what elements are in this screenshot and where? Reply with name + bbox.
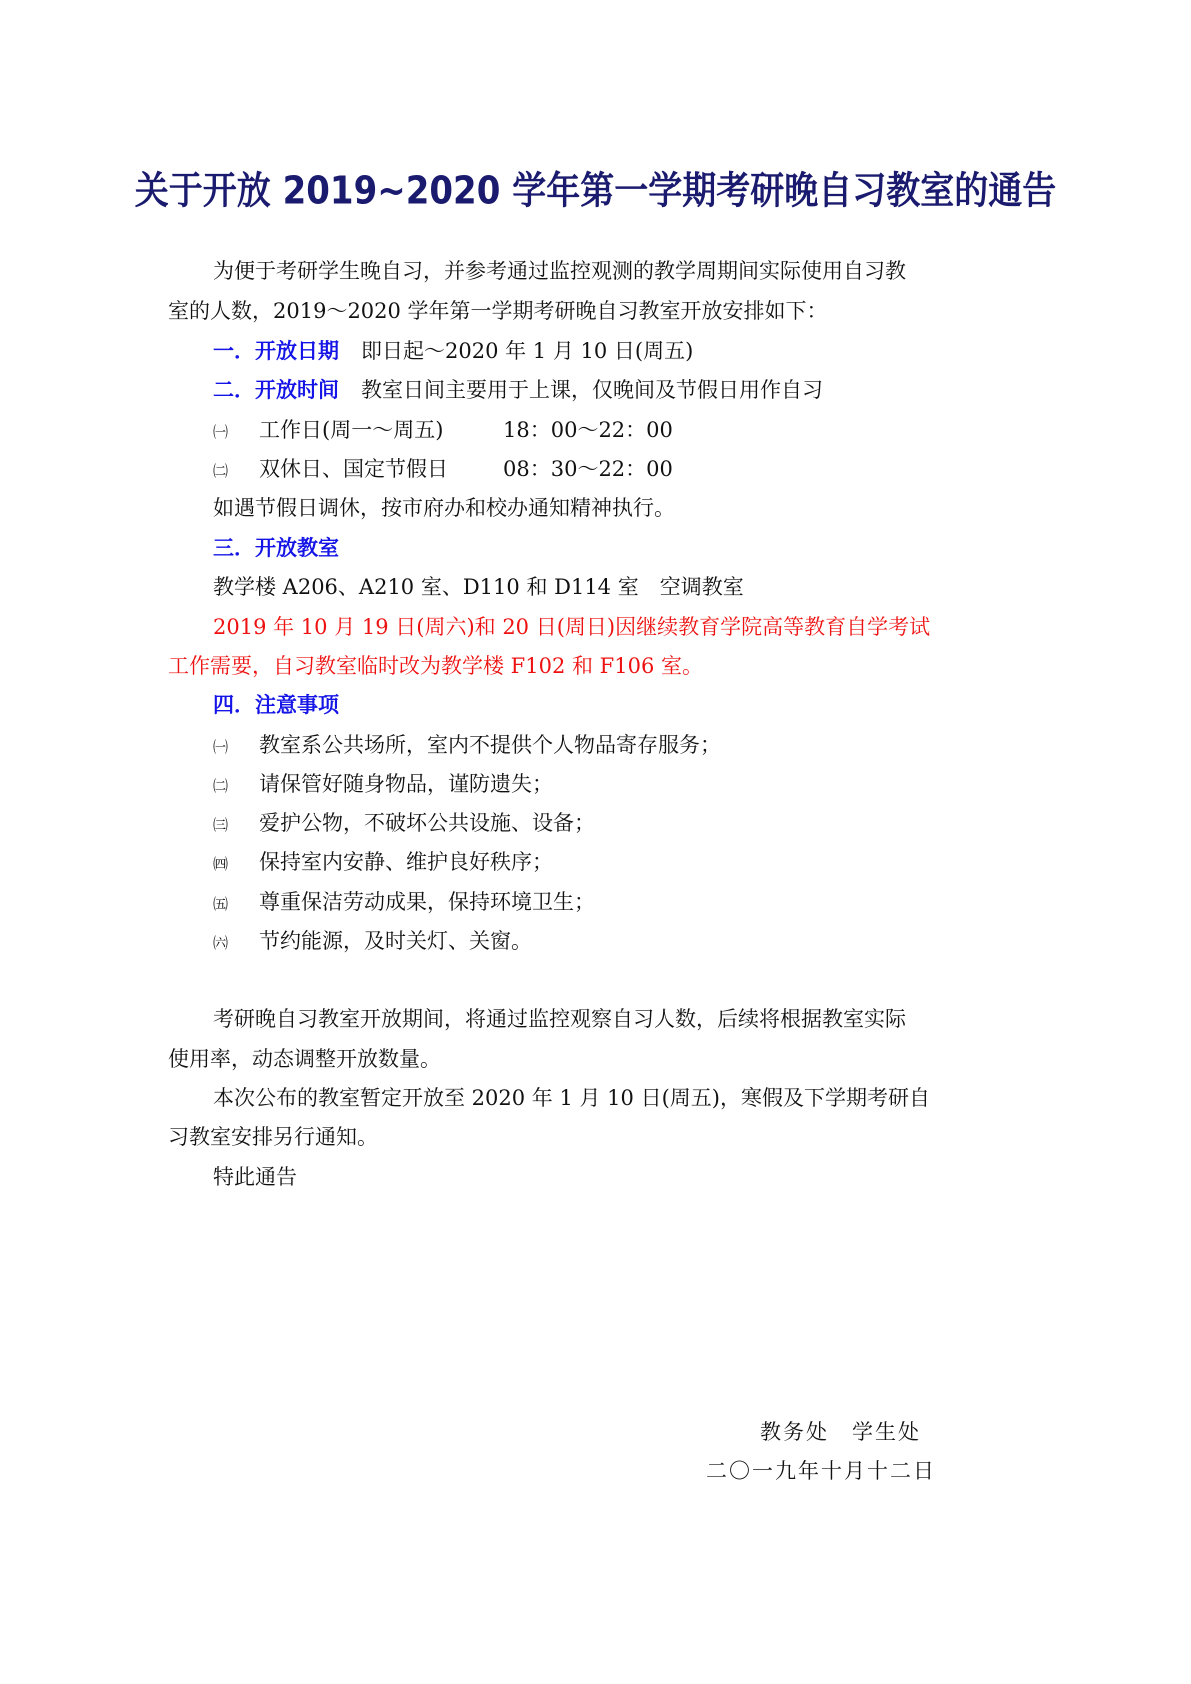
section-3-title: 开放教室 — [255, 536, 339, 560]
section-1-title: 开放日期 — [255, 339, 339, 363]
section-2-description: 教室日间主要用于上课，仅晚间及节假日用作自习 — [361, 378, 823, 402]
section-4-title: 注意事项 — [255, 693, 339, 717]
intro-line-1: 为便于考研学生晚自习，并参考通过监控观测的教学周期间实际使用自习教 — [213, 256, 906, 286]
document-page: 关于开放 2019~2020 学年第一学期考研晚自习教室的通告 为便于考研学生晚… — [0, 0, 1191, 1684]
holiday-note: 如遇节假日调休，按市府办和校办通知精神执行。 — [213, 493, 675, 523]
item-text: 教室系公共场所，室内不提供个人物品寄存服务； — [259, 733, 721, 757]
item-text: 保持室内安静、维护良好秩序； — [259, 850, 553, 874]
item-text: 爱护公物，不破坏公共设施、设备； — [259, 811, 595, 835]
schedule-row-weekday: ㈠工作日(周一～周五) 18：00～22：00 — [213, 415, 913, 447]
schedule-marker: ㈠ — [213, 417, 259, 447]
item-marker: ㈥ — [213, 928, 259, 958]
room-change-notice-line-2: 工作需要，自习教室临时改为教学楼 F102 和 F106 室。 — [168, 651, 703, 681]
closing-para-2-line-1: 本次公布的教室暂定开放至 2020 年 1 月 10 日(周五)，寒假及下学期考… — [213, 1083, 930, 1113]
section-2-number: 二． — [213, 378, 255, 402]
issuing-offices: 教务处 学生处 — [760, 1417, 921, 1447]
item-text: 请保管好随身物品，谨防遗失； — [259, 772, 553, 796]
section-1-description: 即日起～2020 年 1 月 10 日(周五) — [361, 339, 693, 363]
notice-item: ㈡请保管好随身物品，谨防遗失； — [213, 769, 553, 801]
open-rooms: 教学楼 A206、A210 室、D110 和 D114 室 空调教室 — [213, 572, 744, 602]
closing-para-1-line-1: 考研晚自习教室开放期间，将通过监控观察自习人数，后续将根据教室实际 — [213, 1004, 906, 1034]
section-3-number: 三． — [213, 536, 255, 560]
sign-off: 特此通告 — [213, 1162, 297, 1192]
item-marker: ㈣ — [213, 849, 259, 879]
section-2-title: 开放时间 — [255, 378, 339, 402]
schedule-time: 08：30～22：00 — [503, 454, 673, 484]
closing-para-2-line-2: 习教室安排另行通知。 — [168, 1122, 378, 1152]
section-3-heading: 三．开放教室 — [213, 533, 339, 563]
room-change-notice-line-1: 2019 年 10 月 19 日(周六)和 20 日(周日)因继续教育学院高等教… — [213, 612, 930, 642]
issue-date: 二〇一九年十月十二日 — [706, 1456, 936, 1486]
schedule-label: 双休日、国定节假日 — [259, 457, 448, 481]
schedule-marker: ㈡ — [213, 456, 259, 486]
notice-item: ㈥节约能源，及时关灯、关窗。 — [213, 926, 532, 958]
section-4-number: 四． — [213, 693, 255, 717]
section-1-number: 一． — [213, 339, 255, 363]
document-title: 关于开放 2019~2020 学年第一学期考研晚自习教室的通告 — [0, 160, 1191, 215]
notice-item: ㈠教室系公共场所，室内不提供个人物品寄存服务； — [213, 730, 721, 762]
notice-item: ㈢爱护公物，不破坏公共设施、设备； — [213, 808, 595, 840]
schedule-label: 工作日(周一～周五) — [259, 418, 443, 442]
schedule-row-holiday: ㈡双休日、国定节假日 08：30～22：00 — [213, 454, 913, 486]
schedule-time: 18：00～22：00 — [503, 415, 673, 445]
section-2-heading: 二．开放时间教室日间主要用于上课，仅晚间及节假日用作自习 — [213, 375, 823, 405]
item-text: 节约能源，及时关灯、关窗。 — [259, 929, 532, 953]
item-marker: ㈠ — [213, 732, 259, 762]
section-1-heading: 一．开放日期即日起～2020 年 1 月 10 日(周五) — [213, 336, 693, 366]
closing-para-1-line-2: 使用率，动态调整开放数量。 — [168, 1044, 441, 1074]
intro-line-2: 室的人数，2019～2020 学年第一学期考研晚自习教室开放安排如下： — [168, 296, 828, 326]
item-text: 尊重保洁劳动成果，保持环境卫生； — [259, 890, 595, 914]
notice-item: ㈤尊重保洁劳动成果，保持环境卫生； — [213, 887, 595, 919]
notice-item: ㈣保持室内安静、维护良好秩序； — [213, 847, 553, 879]
item-marker: ㈢ — [213, 810, 259, 840]
section-4-heading: 四．注意事项 — [213, 690, 339, 720]
item-marker: ㈡ — [213, 771, 259, 801]
item-marker: ㈤ — [213, 889, 259, 919]
